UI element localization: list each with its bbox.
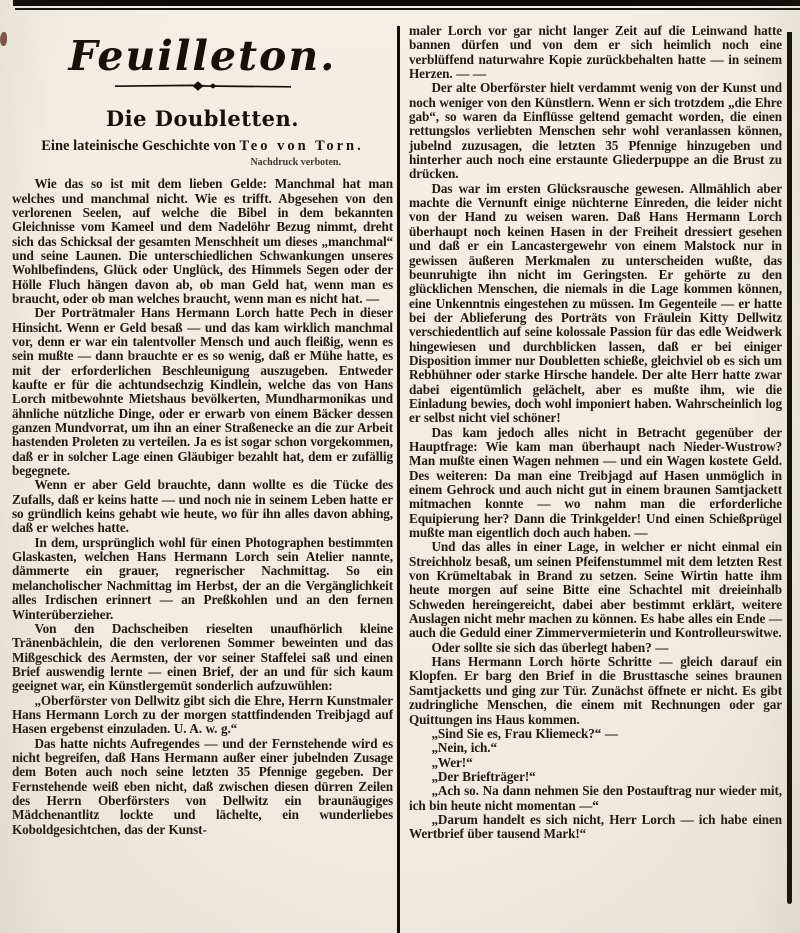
article-paragraph: Das hatte nichts Aufregendes — und der F… (12, 737, 393, 837)
article-paragraph: Und das alles in einer Lage, in welcher … (409, 540, 782, 640)
ornament-divider (113, 80, 293, 92)
article-title: Die Doubletten. (12, 107, 393, 130)
right-edge-rule (787, 32, 792, 904)
author-name: Teo von Torn. (239, 138, 363, 154)
article-paragraph: „Nein, ich.“ (409, 741, 782, 755)
column-divider-rule (397, 26, 400, 933)
article-paragraph: „Ach so. Na dann nehmen Sie den Postauft… (409, 784, 782, 813)
article-paragraph: Das war im ersten Glücksrausche gewesen.… (409, 182, 782, 426)
subtitle-prefix: Eine lateinische Geschichte von (41, 138, 239, 154)
article-paragraph: Hans Hermann Lorch hörte Schritte — glei… (409, 655, 782, 727)
article-paragraph: Das kam jedoch alles nicht in Betracht g… (409, 426, 782, 541)
article-paragraph: Wenn er aber Geld brauchte, dann wollte … (12, 478, 393, 535)
rights-notice: Nachdruck verboten. (12, 157, 393, 168)
masthead-title: Feuilleton. (12, 34, 393, 79)
article-paragraph: Von den Dachscheiben rieselten unaufhörl… (12, 622, 393, 694)
article-paragraph: Der alte Oberförster hielt verdammt weni… (409, 81, 782, 181)
article-paragraph: maler Lorch vor gar nicht langer Zeit au… (409, 24, 782, 81)
article-subtitle: Eine lateinische Geschichte von Teo von … (12, 138, 393, 155)
left-column: Feuilleton. Die Doubletten. Eine lateini… (12, 18, 393, 837)
top-double-rule (13, 0, 800, 6)
newspaper-page: Feuilleton. Die Doubletten. Eine lateini… (0, 0, 800, 933)
article-paragraph: „Sind Sie es, Frau Kliemeck?“ — (409, 727, 782, 741)
article-paragraph: „Der Briefträger!“ (409, 770, 782, 784)
scan-artifact (0, 32, 7, 46)
article-paragraph: „Oberförster von Dellwitz gibt sich die … (12, 694, 393, 737)
article-paragraph: „Darum handelt es sich nicht, Herr Lorch… (409, 813, 782, 842)
article-paragraph: Oder sollte sie sich das überlegt haben?… (409, 641, 782, 655)
right-column: maler Lorch vor gar nicht langer Zeit au… (409, 24, 782, 842)
article-paragraph: Der Porträtmaler Hans Hermann Lorch hatt… (12, 306, 393, 478)
right-column-text: maler Lorch vor gar nicht langer Zeit au… (409, 24, 782, 842)
left-column-text: Wie das so ist mit dem lieben Gelde: Man… (12, 177, 393, 837)
article-paragraph: In dem, ursprünglich wohl für einen Phot… (12, 536, 393, 622)
article-paragraph: Wie das so ist mit dem lieben Gelde: Man… (12, 177, 393, 306)
article-paragraph: „Wer!“ (409, 756, 782, 770)
